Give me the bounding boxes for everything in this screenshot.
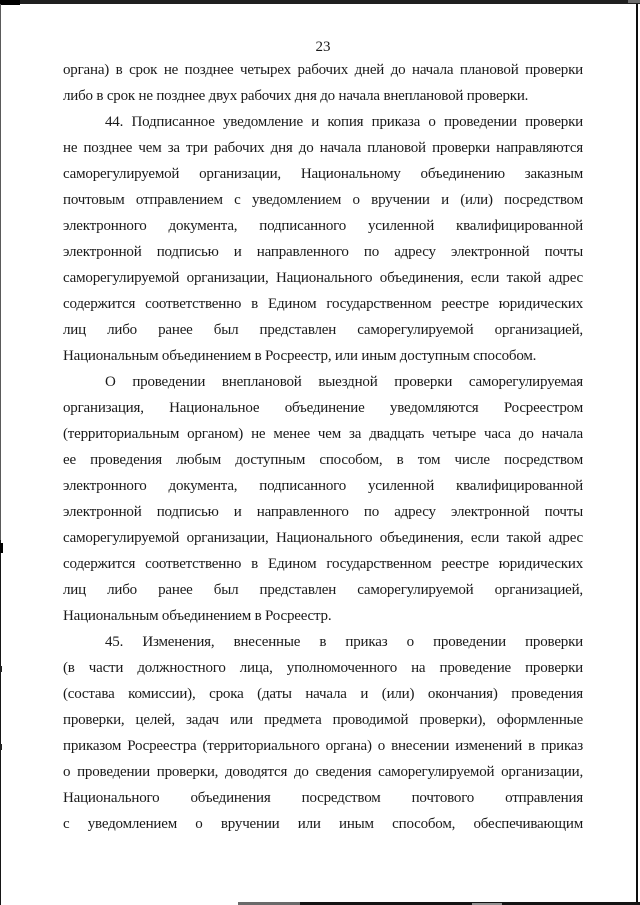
- text-line: содержится соответственно в Едином госуд…: [63, 551, 583, 577]
- text-line: с уведомлением о вручении или иным спосо…: [63, 811, 583, 837]
- text-line: Национальным объединением в Росреестр.: [63, 603, 583, 629]
- text-line: лиц либо ранее был представлен саморегул…: [63, 317, 583, 343]
- text-line: Национальным объединением в Росреестр, и…: [63, 343, 583, 369]
- text-line: саморегулируемой организации, Национальн…: [63, 265, 583, 291]
- scan-artifact: [0, 666, 2, 672]
- document-text: органа) в срок не позднее четырех рабочи…: [63, 57, 583, 837]
- text-line: почтовым отправлением с уведомлением о в…: [63, 187, 583, 213]
- text-line: (в части должностного лица, уполномоченн…: [63, 655, 583, 681]
- scan-edge-top-light: [628, 0, 640, 3]
- text-line: 45. Изменения, внесенные в приказ о пров…: [63, 629, 583, 655]
- text-line: либо в срок не позднее двух рабочих дня …: [63, 83, 583, 109]
- text-line: (состава комиссии), срока (даты начала и…: [63, 681, 583, 707]
- text-line: электронного документа, подписанного уси…: [63, 213, 583, 239]
- scan-edge-top-dark: [0, 0, 20, 5]
- text-line: электронной подписью и направленного по …: [63, 499, 583, 525]
- text-line: 44. Подписанное уведомление и копия прик…: [63, 109, 583, 135]
- scan-edge-top: [0, 0, 640, 4]
- text-line: ее проведения любым доступным способом, …: [63, 447, 583, 473]
- text-line: О проведении внеплановой выездной провер…: [63, 369, 583, 395]
- scan-border-right: [636, 4, 638, 905]
- text-line: органа) в срок не позднее четырех рабочи…: [63, 57, 583, 83]
- text-line: лиц либо ранее был представлен саморегул…: [63, 577, 583, 603]
- text-line: электронного документа, подписанного уси…: [63, 473, 583, 499]
- text-line: Национального объединения посредством по…: [63, 785, 583, 811]
- text-line: саморегулируемой организации, Национальн…: [63, 525, 583, 551]
- text-line: проверки, целей, задач или предмета пров…: [63, 707, 583, 733]
- document-page: 23 органа) в срок не позднее четырех раб…: [0, 0, 640, 905]
- text-line: (территориальным органом) не менее чем з…: [63, 421, 583, 447]
- text-line: содержится соответственно в Едином госуд…: [63, 291, 583, 317]
- scan-border-left-dark: [0, 540, 1, 905]
- scan-artifact: [0, 744, 2, 750]
- text-line: организация, Национальное объединение ув…: [63, 395, 583, 421]
- text-line: саморегулируемой организации, Национальн…: [63, 161, 583, 187]
- text-line: не позднее чем за три рабочих дня до нач…: [63, 135, 583, 161]
- text-line: приказом Росреестра (территориального ор…: [63, 733, 583, 759]
- text-line: о проведении проверки, доводятся до свед…: [63, 759, 583, 785]
- text-line: электронной подписью и направленного по …: [63, 239, 583, 265]
- scan-artifact: [0, 543, 3, 553]
